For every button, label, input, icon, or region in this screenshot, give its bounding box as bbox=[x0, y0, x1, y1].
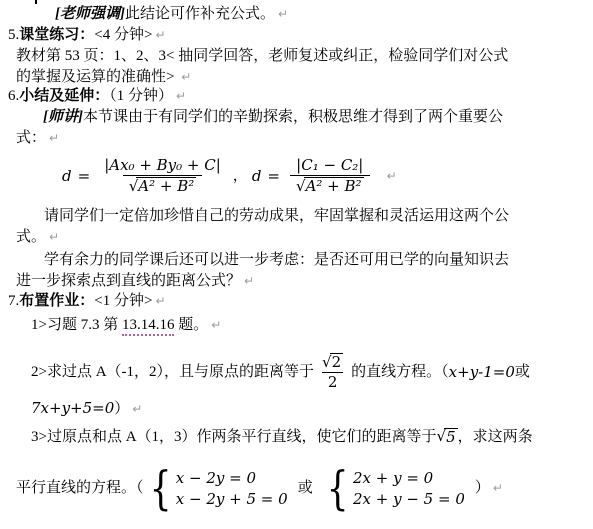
teacher-talk-tag: [师讲] bbox=[43, 109, 83, 125]
homework-2-line2: 7x+y+5=0）↵ bbox=[31, 400, 142, 418]
equation-system-1: { x − 2y = 0 x − 2y + 5 = 0 bbox=[146, 464, 288, 512]
paragraph-mark-icon: ↵ bbox=[173, 89, 186, 103]
sqrt5-expression: √5 bbox=[437, 428, 458, 446]
paragraph-mark-icon: ↵ bbox=[275, 7, 288, 21]
sqrt2-over-2-fraction: √2 2 bbox=[318, 353, 347, 391]
homework-1-post: 题。 bbox=[174, 317, 208, 333]
formula2-fraction: |C₁ − C₂| √A² + B² bbox=[290, 157, 370, 195]
paragraph-mark-icon: ↵ bbox=[384, 168, 397, 185]
paragraph-mark-icon: ↵ bbox=[208, 318, 221, 332]
fraction-numerator: √2 bbox=[318, 353, 347, 372]
formula2-denominator: √A² + B² bbox=[290, 175, 370, 195]
fraction-numerator-value: 2 bbox=[330, 353, 344, 371]
section-6-heading: 6.小结及延伸：（1 分钟）↵ bbox=[8, 88, 186, 105]
section-7-number: 7. bbox=[8, 293, 19, 309]
teacher-emphasis-text: 此结论可作补充公式。 bbox=[125, 6, 275, 22]
section-7-title: 布置作业： bbox=[19, 293, 94, 309]
teacher-emphasis-tag: [老师强调] bbox=[55, 6, 125, 22]
paragraph-mark-icon: ↵ bbox=[241, 274, 254, 288]
extension-line1: 学有余力的同学课后还可以进一步考虑：是否还可用已学的向量知识去 bbox=[44, 252, 509, 269]
homework-2-pre: 2>求过点 A（-1，2），且与原点的距离等于 bbox=[31, 364, 314, 381]
formula1-radicand: A² + B² bbox=[136, 177, 196, 195]
section-7-heading: 7.布置作业：<1 分钟>↵ bbox=[8, 293, 166, 310]
teacher-talk-text: 本节课由于有同学们的辛勤探索，积极思维才得到了两个重要公 bbox=[83, 109, 503, 125]
paragraph-mark-icon: ↵ bbox=[178, 70, 191, 84]
paragraph-mark-icon: ↵ bbox=[129, 402, 142, 416]
paragraph-mark-icon: ↵ bbox=[152, 28, 165, 42]
section-6-title: 小结及延伸： bbox=[19, 88, 109, 104]
formula2-numerator: |C₁ − C₂| bbox=[292, 157, 367, 175]
formula2-lhs: d bbox=[252, 168, 262, 185]
formula2-radicand: A² + B² bbox=[304, 177, 364, 195]
homework-2-or: 或 bbox=[515, 364, 530, 381]
equation-system-2: { 2x + y = 0 2x + y − 5 = 0 bbox=[323, 464, 465, 512]
section-7-duration: <1 分钟> bbox=[94, 293, 152, 309]
teacher-talk-line1: [师讲]本节课由于有同学们的辛勤探索，积极思维才得到了两个重要公 bbox=[43, 109, 503, 126]
section-5-heading: 5.课堂练习：<4 分钟>↵ bbox=[8, 27, 166, 44]
section-6-duration: （1 分钟） bbox=[109, 88, 173, 104]
section-6-number: 6. bbox=[8, 88, 19, 104]
homework-2-close-paren: ） bbox=[114, 401, 129, 417]
formula2-equals: = bbox=[267, 168, 280, 185]
homework-1-line: 1>习题 7.3 第 13.14.16 题。↵ bbox=[31, 317, 221, 334]
paragraph-mark-icon: ↵ bbox=[490, 480, 503, 497]
homework-2-line1: 2>求过点 A（-1，2），且与原点的距离等于 √2 2 的直线方程。（ x+y… bbox=[31, 347, 530, 397]
homework-3-line1: 3>过原点和点 A（1，3）作两条平行直线，使它们的距离等于 √5 ，求这两条 bbox=[31, 428, 533, 446]
cutoff-character-fragment bbox=[35, 0, 37, 4]
section-5-title: 课堂练习： bbox=[19, 27, 94, 43]
left-brace-icon: { bbox=[149, 464, 171, 512]
cherish-text-1: 请同学们一定倍加珍惜自己的劳动成果，牢固掌握和灵活运用这两个公 bbox=[44, 208, 509, 224]
extension-text-2: 进一步探索点到直线的距离公式？ bbox=[16, 273, 241, 289]
paragraph-mark-icon: ↵ bbox=[46, 230, 59, 244]
practice-text-line1: 教材第 53 页：1、2、3< 抽同学回答，老师复述或纠正，检验同学们对公式 bbox=[16, 48, 508, 65]
teacher-talk-line2: 式：↵ bbox=[16, 130, 59, 147]
homework-3-answer-pre: 平行直线的方程。（ bbox=[16, 480, 144, 497]
formula-separator: ， bbox=[233, 168, 248, 185]
formula1-equals: = bbox=[78, 168, 91, 185]
homework-2-mid: 的直线方程。（ bbox=[351, 364, 449, 381]
teacher-emphasis-line: [老师强调]此结论可作补充公式。↵ bbox=[55, 6, 288, 23]
sqrt5-radicand: 5 bbox=[444, 428, 458, 446]
equation: x − 2y = 0 bbox=[176, 469, 288, 487]
fraction-denominator: 2 bbox=[322, 372, 344, 391]
practice-text-line2: 的掌握及运算的准确性> ↵ bbox=[16, 69, 191, 86]
equation-system-1-equations: x − 2y = 0 x − 2y + 5 = 0 bbox=[176, 469, 288, 508]
equation: x − 2y + 5 = 0 bbox=[176, 490, 288, 508]
homework-3-pre: 3>过原点和点 A（1，3）作两条平行直线，使它们的距离等于 bbox=[31, 429, 437, 446]
extension-text-1: 学有余力的同学课后还可以进一步考虑：是否还可用已学的向量知识去 bbox=[44, 252, 509, 268]
paragraph-mark-icon: ↵ bbox=[152, 294, 165, 308]
section-5-duration: <4 分钟> bbox=[94, 27, 152, 43]
equation: 2x + y − 5 = 0 bbox=[353, 490, 465, 508]
distance-formulas: d = |Ax₀ + By₀ + C| √A² + B² ， d = |C₁ −… bbox=[62, 152, 397, 200]
teacher-talk-text-cont: 式： bbox=[16, 130, 46, 146]
left-brace-icon: { bbox=[326, 464, 348, 512]
formula1-numerator: |Ax₀ + By₀ + C| bbox=[100, 157, 225, 175]
homework-1-pre: 1>习题 7.3 第 bbox=[31, 317, 122, 333]
practice-text-1: 教材第 53 页：1、2、3< 抽同学回答，老师复述或纠正，检验同学们对公式 bbox=[16, 48, 508, 64]
cherish-line1: 请同学们一定倍加珍惜自己的劳动成果，牢固掌握和灵活运用这两个公 bbox=[44, 208, 509, 225]
homework-3-post: ，求这两条 bbox=[458, 429, 533, 446]
extension-line2: 进一步探索点到直线的距离公式？↵ bbox=[16, 273, 254, 290]
homework-2-answer-1: x+y-1=0 bbox=[449, 364, 515, 381]
homework-3-or: 或 bbox=[298, 480, 313, 497]
equation: 2x + y = 0 bbox=[353, 469, 465, 487]
homework-1-problem-numbers: 13.14.16 bbox=[122, 317, 175, 336]
formula1-denominator: √A² + B² bbox=[123, 175, 203, 195]
homework-3-close-paren: ） bbox=[475, 480, 490, 497]
homework-3-line2: 平行直线的方程。（ { x − 2y = 0 x − 2y + 5 = 0 或 … bbox=[16, 458, 503, 518]
equation-system-2-equations: 2x + y = 0 2x + y − 5 = 0 bbox=[353, 469, 465, 508]
paragraph-mark-icon: ↵ bbox=[46, 131, 59, 145]
homework-2-answer-2: 7x+y+5=0 bbox=[31, 399, 114, 417]
section-5-number: 5. bbox=[8, 27, 19, 43]
cherish-line2: 式。↵ bbox=[16, 229, 59, 246]
cherish-text-2: 式。 bbox=[16, 229, 46, 245]
word-document-page[interactable]: [老师强调]此结论可作补充公式。↵ 5.课堂练习：<4 分钟>↵ 教材第 53 … bbox=[0, 0, 593, 529]
practice-text-2: 的掌握及运算的准确性> bbox=[16, 69, 178, 85]
formula1-lhs: d bbox=[62, 168, 72, 185]
formula1-fraction: |Ax₀ + By₀ + C| √A² + B² bbox=[100, 157, 225, 195]
